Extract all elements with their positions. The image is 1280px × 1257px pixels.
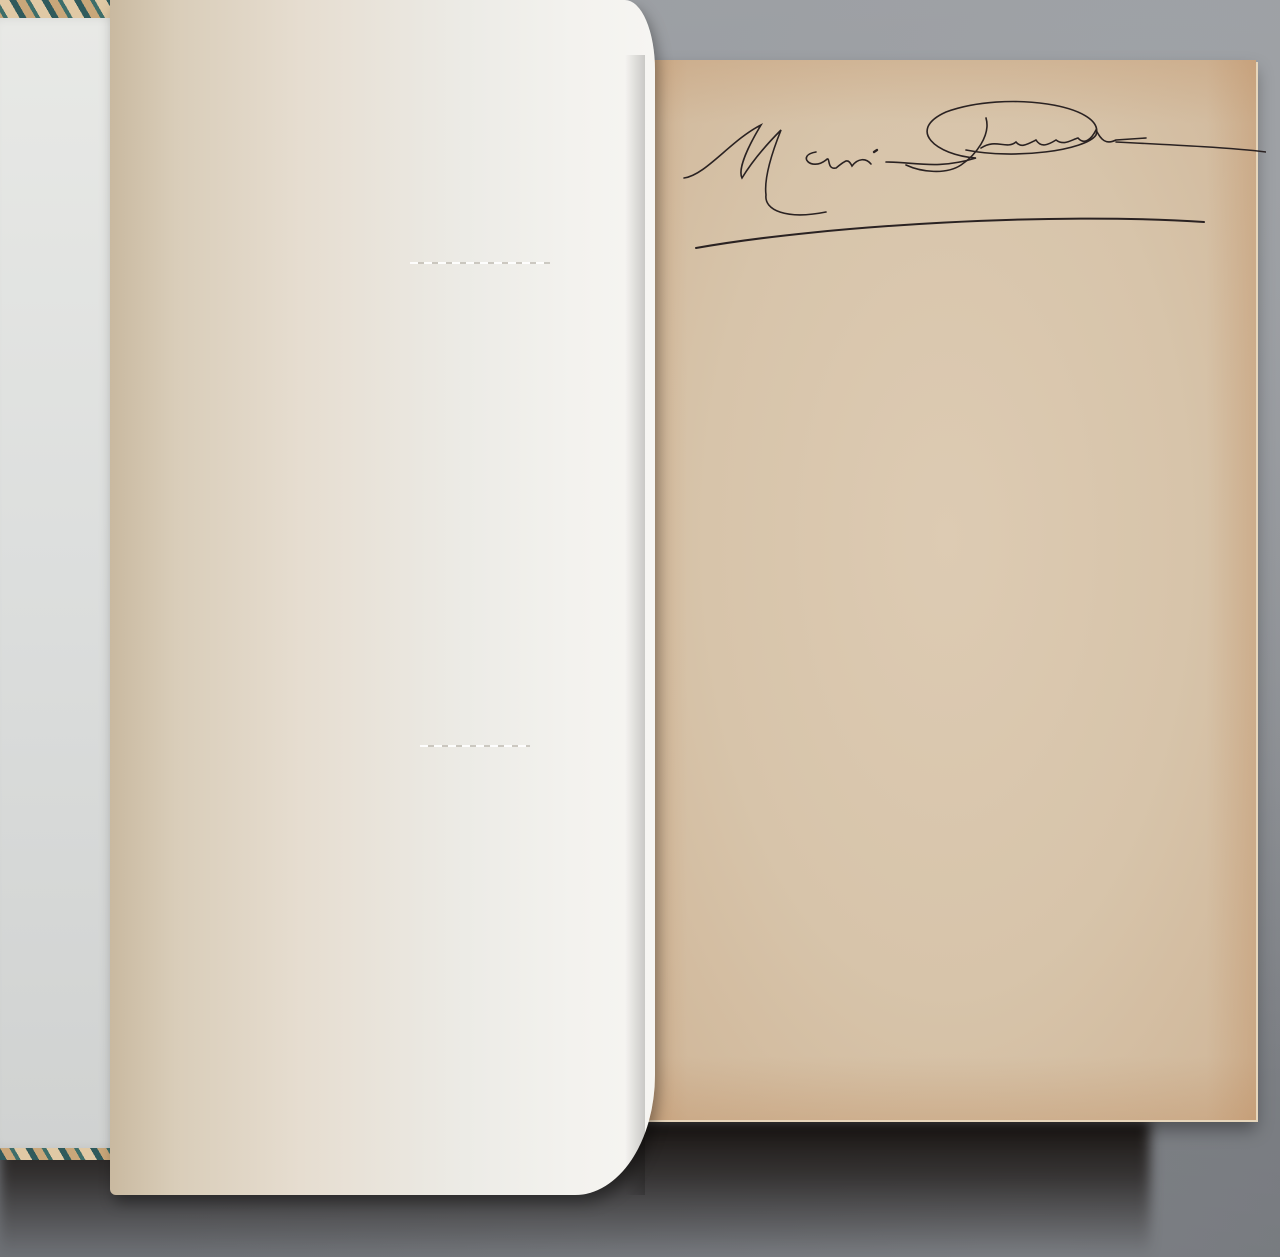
turned-blank-leaf — [110, 0, 655, 1195]
spine-shadow — [625, 55, 645, 1195]
leaf-crease — [420, 745, 530, 747]
leaf-crease — [410, 262, 550, 264]
signature-text: Marie Perrenot — [736, 128, 1105, 179]
